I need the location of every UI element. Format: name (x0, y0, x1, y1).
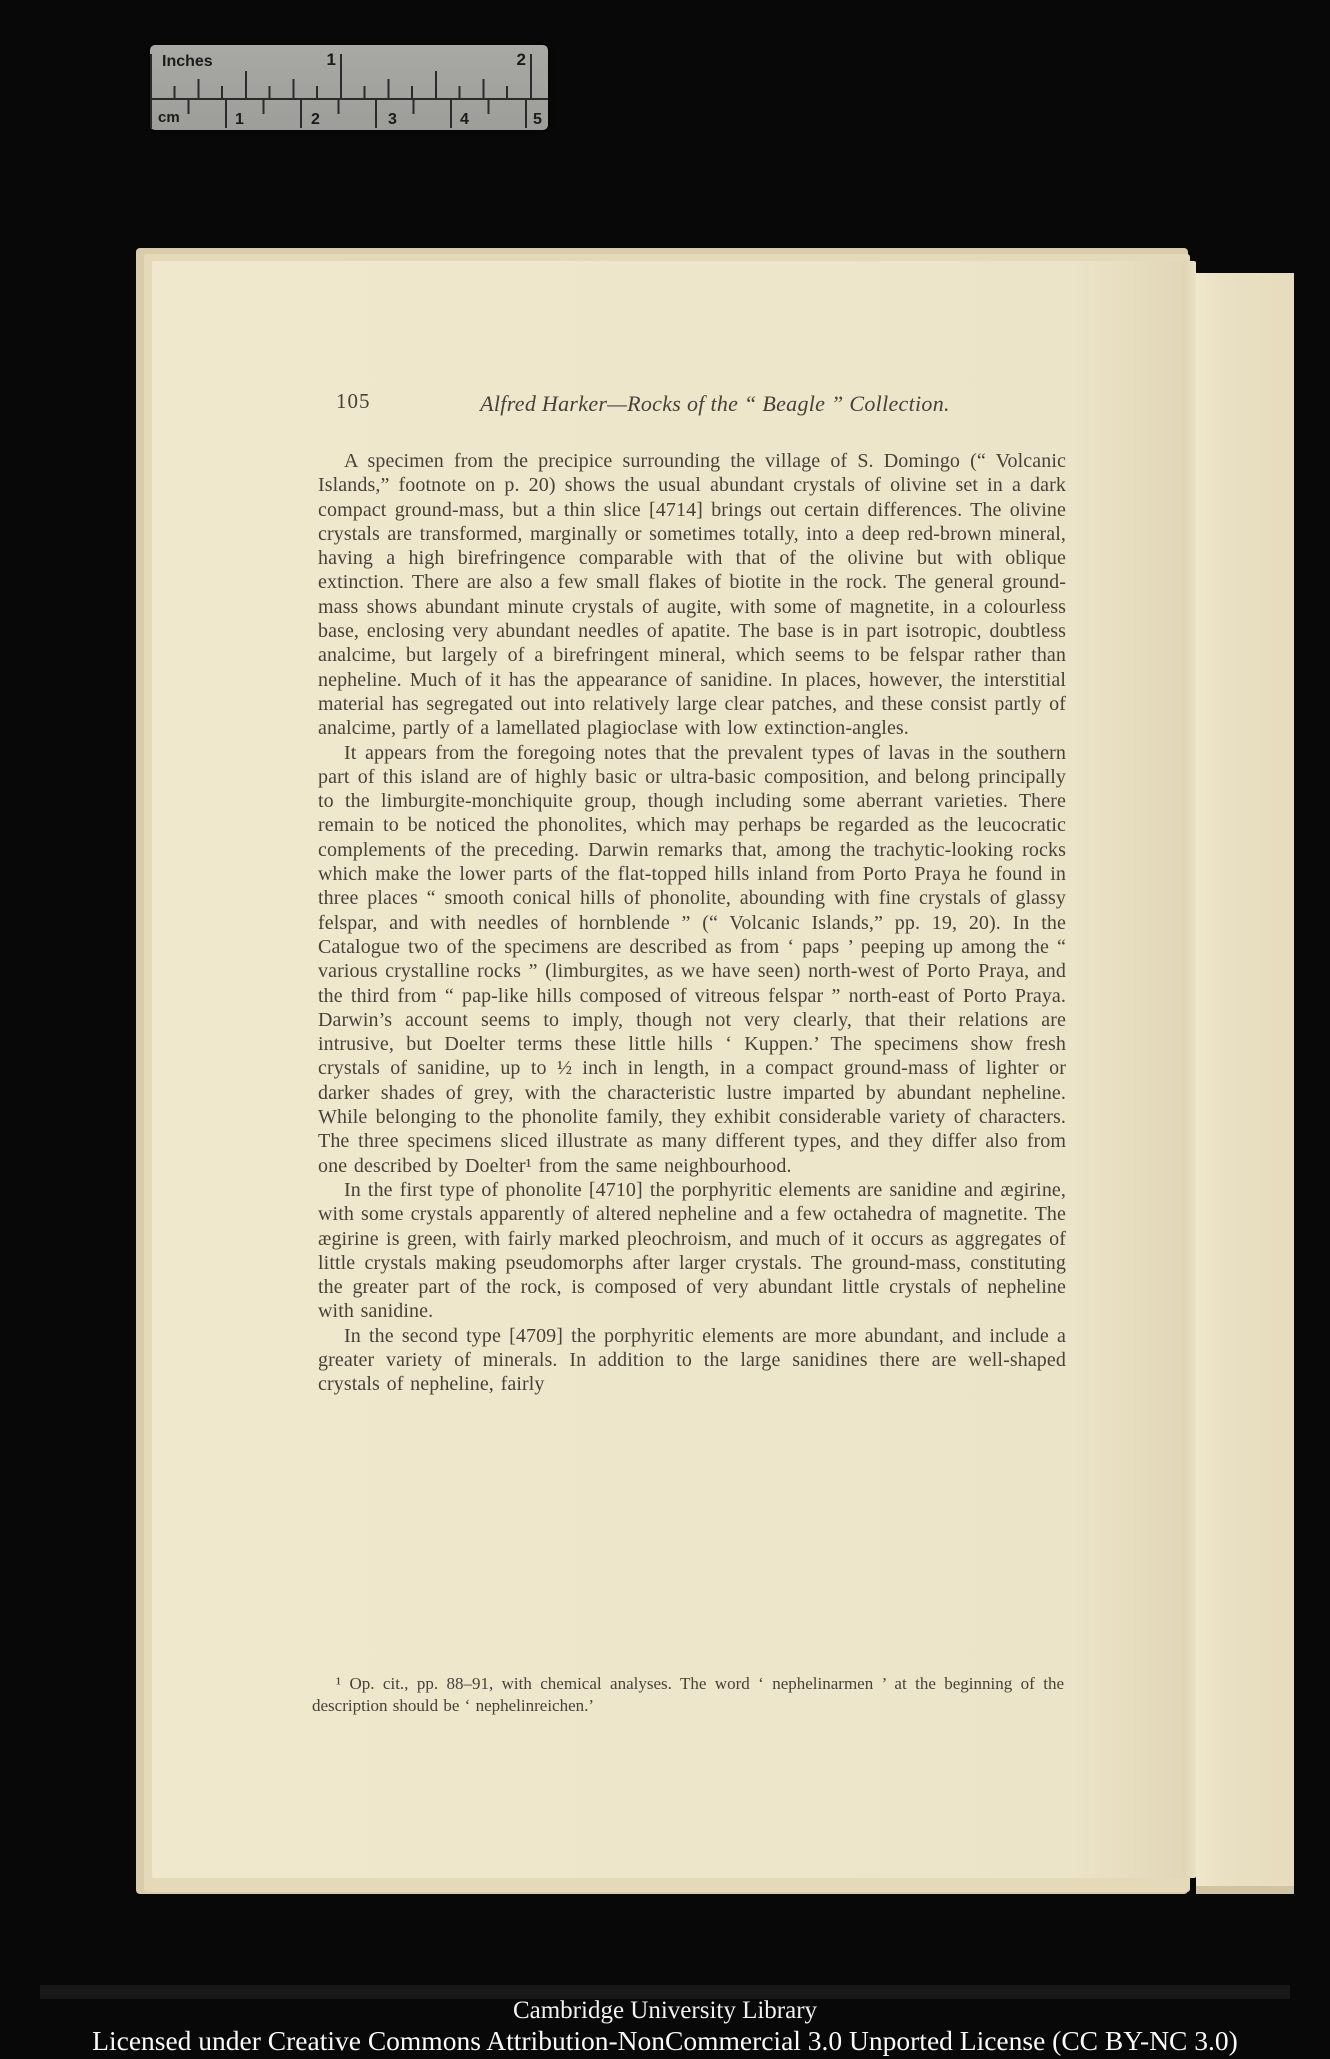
license-notice: Licensed under Creative Commons Attribut… (0, 2025, 1330, 2057)
page-body-text: A specimen from the precipice surroundin… (318, 449, 1066, 1397)
ruler-cm-number: 2 (311, 111, 320, 129)
paragraph: In the second type [4709] the porphyriti… (318, 1324, 1066, 1397)
ruler-cm-scale: cm 1 2 3 4 5 (150, 100, 548, 130)
paragraph: In the first type of phonolite [4710] th… (318, 1178, 1066, 1324)
running-title: Alfred Harker—Rocks of the “ Beagle ” Co… (422, 391, 1008, 417)
book-page: 105 Alfred Harker—Rocks of the “ Beagle … (152, 261, 1196, 1878)
library-attribution: Cambridge University Library (0, 1997, 1330, 2025)
ruler-inch-number: 1 (320, 50, 336, 70)
ruler-inch-ticks (150, 54, 548, 98)
page-number: 105 (336, 389, 371, 414)
scanned-book-page: Inches 1 2 cm 1 2 3 4 5 105 Alfred Harke… (0, 0, 1330, 2059)
ruler-cm-number: 4 (460, 111, 469, 129)
measurement-ruler: Inches 1 2 cm 1 2 3 4 5 (150, 45, 548, 130)
paragraph: It appears from the foregoing notes that… (318, 741, 1066, 1178)
paragraph: A specimen from the precipice surroundin… (318, 449, 1066, 741)
ruler-cm-number: 1 (235, 111, 244, 129)
ruler-inch-number: 2 (510, 50, 526, 70)
footnote: ¹ Op. cit., pp. 88–91, with chemical ana… (312, 1673, 1064, 1716)
facing-page-bottom-edge (1196, 1886, 1294, 1894)
ruler-inches-scale: Inches 1 2 (150, 45, 548, 100)
facing-page-edge (1196, 273, 1294, 1886)
ruler-cm-ticks (150, 100, 548, 128)
ruler-cm-number: 5 (533, 111, 542, 129)
ruler-cm-number: 3 (388, 111, 397, 129)
